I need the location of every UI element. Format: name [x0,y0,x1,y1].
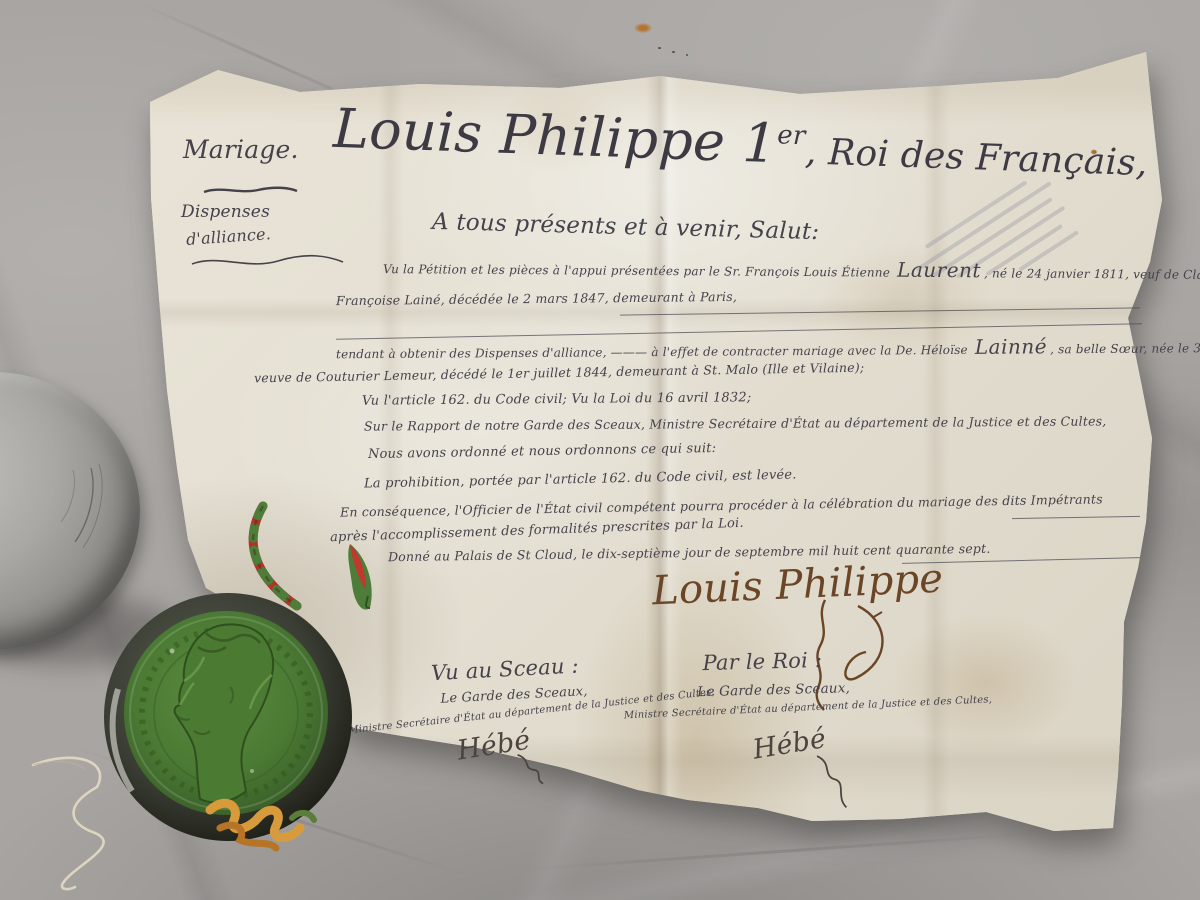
minister-paraph-right [809,751,855,812]
bride-name: Lainné [972,334,1050,359]
petition-part1: Vu la Pétition et les pièces à l'appui p… [383,262,894,280]
margin-type1-text: Dispenses [181,202,270,222]
dispense-part1: tendant à obtenir des Dispenses d'allian… [336,343,972,361]
king-column-heading: Par le Roi : [702,648,822,675]
minister-paraph-left [511,749,553,787]
flourish-under-mariage [200,182,300,198]
articles-text: Vu l'article 162. du Code civil; Vu la L… [362,390,752,408]
margin-category-text: Mariage. [183,135,299,164]
margin-note-type-1: Dispenses [181,203,270,223]
margin-note-category: Mariage. [183,136,299,165]
dispense-part2: , sa belle Sœur, née le 31 août 1816, [1050,341,1200,357]
title-ordinal: er [777,120,806,151]
king-column-line1-text: Le Garde des Sceaux, [697,680,850,700]
king-column-heading-text: Par le Roi : [702,648,822,675]
orange-ribbon-scraps [196,770,336,865]
linen-thread [15,745,145,895]
flourish-under-alliance [188,252,348,272]
title-rest: , Roi des Français, [804,131,1148,184]
petition-part2: , né le 24 janvier 1811, veuf de Claire [984,266,1200,282]
petitioner-name: Laurent [894,258,984,283]
photograph-of-royal-document: Mariage. Dispenses d'alliance. Louis Phi… [0,0,1200,900]
